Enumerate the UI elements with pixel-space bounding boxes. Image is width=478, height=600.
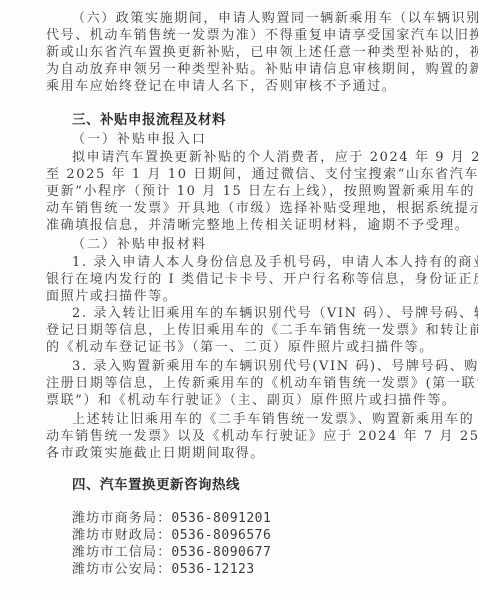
paragraph-line: 2. 录入转让旧乘用车的车辆识别代号（VIN 码）、号牌号码、转让 xyxy=(72,305,433,322)
hotline-entry: 潍坊市商务局：0536-8091201 xyxy=(72,510,271,527)
paragraph-line: 新或山东省汽车置换更新补贴，已申领上述任意一种类型补贴的，视 xyxy=(46,44,433,61)
phone-number: 0536-8091201 xyxy=(171,511,271,526)
paragraph-line: 动车销售统一发票》开具地（市级）选择补贴受理地，根据系统提示 xyxy=(46,200,433,217)
department-name: 潍坊市财政局： xyxy=(72,528,171,543)
paragraph-line: 更新”小程序（预计 10 月 15 日左右上线），按照购置新乘用车的《机 xyxy=(46,183,433,200)
phone-number: 0536-8090677 xyxy=(171,545,271,560)
document-page: （六）政策实施期间，申请人购置同一辆新乘用车（以车辆识别 代号、机动车销售统一发… xyxy=(0,0,478,600)
subsection-title: （一）补贴申报入口 xyxy=(72,131,207,148)
department-name: 潍坊市工信局： xyxy=(72,545,171,560)
paragraph-line: （六）政策实施期间，申请人购置同一辆新乘用车（以车辆识别 xyxy=(72,10,433,27)
paragraph-line: 为自动放弃申领另一种类型补贴。补贴申请信息审核期间，购置的新 xyxy=(46,61,433,78)
paragraph-line: 上述转让旧乘用车的《二手车销售统一发票》、购置新乘用车的《机 xyxy=(72,411,433,428)
paragraph-line: 动车销售统一发票》以及《机动车行驶证》应于 2024 年 7 月 25 日至 xyxy=(46,428,433,445)
paragraph-line: 的《机动车登记证书》（第一、二页）原件照片或扫描件等。 xyxy=(46,339,433,356)
subsection-title: （二）补贴申报材料 xyxy=(72,236,207,253)
paragraph-line: 乘用车应始终登记在申请人名下，否则审核不予通过。 xyxy=(46,78,433,95)
paragraph-line: 各市政策实施截止日期期间取得。 xyxy=(46,445,433,462)
hotline-entry: 潍坊市财政局：0536-8096576 xyxy=(72,527,271,544)
phone-number: 0536-8096576 xyxy=(171,528,271,543)
section-heading: 三、补贴申报流程及材料 xyxy=(72,111,226,129)
paragraph-line: 拟申请汽车置换更新补贴的个人消费者，应于 2024 年 9 月 28 日 xyxy=(72,149,433,166)
paragraph-line: 银行在境内发行的 I 类借记卡卡号、开户行名称等信息，身份证正反 xyxy=(46,271,433,288)
paragraph-line: 代号、机动车销售统一发票为准）不得重复申请享受国家汽车以旧换 xyxy=(46,27,433,44)
paragraph-line: 3. 录入购置新乘用车的车辆识别代号(VIN 码)、号牌号码、购买、 xyxy=(72,358,433,375)
paragraph-line: 1. 录入申请人本人身份信息及手机号码，申请人本人持有的商业 xyxy=(72,254,433,271)
hotline-entry: 潍坊市公安局：0536-12123 xyxy=(72,561,255,578)
paragraph-line: 注册日期等信息，上传新乘用车的《机动车销售统一发票》(第一联“发 xyxy=(46,375,433,392)
phone-number: 0536-12123 xyxy=(171,562,254,577)
hotline-entry: 潍坊市工信局：0536-8090677 xyxy=(72,544,271,561)
paragraph-line: 票联”）和《机动车行驶证》（主、副页）原件照片或扫描件等。 xyxy=(46,392,433,409)
paragraph-line: 面照片或扫描件等。 xyxy=(46,288,433,305)
paragraph-line: 准确填报信息，并清晰完整地上传相关证明材料，逾期不予受理。 xyxy=(46,217,433,234)
paragraph-line: 登记日期等信息，上传旧乘用车的《二手车销售统一发票》和转让前 xyxy=(46,322,433,339)
department-name: 潍坊市公安局： xyxy=(72,562,171,577)
section-heading: 四、汽车置换更新咨询热线 xyxy=(72,476,240,494)
paragraph-line: 至 2025 年 1 月 10 日期间，通过微信、支付宝搜索“山东省汽车置换 xyxy=(46,166,433,183)
department-name: 潍坊市商务局： xyxy=(72,511,171,526)
